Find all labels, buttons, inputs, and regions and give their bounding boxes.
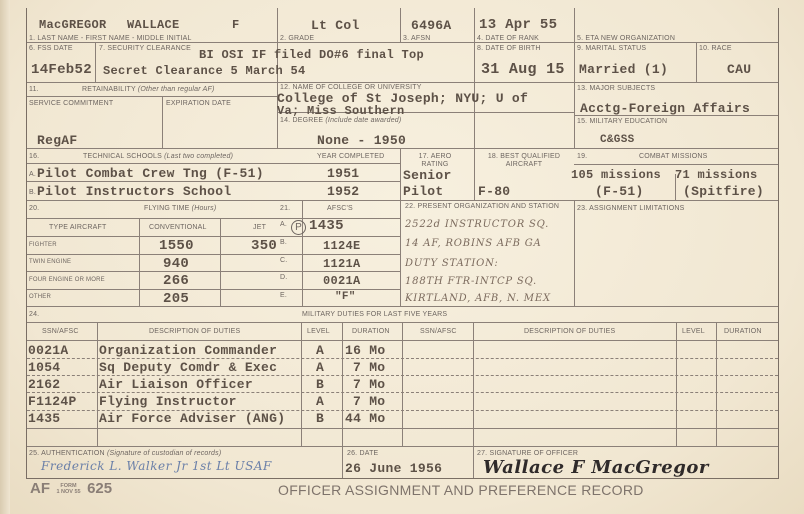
label-combat-missions-num: 19. — [577, 153, 587, 160]
duty-description: Organization Commander — [99, 343, 277, 358]
label-authentication: 25. AUTHENTICATION (Signature of custodi… — [29, 450, 221, 457]
best-qualified-aircraft: F-80 — [478, 184, 510, 199]
aircraft-type: TWIN ENGINE — [29, 259, 71, 265]
marital-status: Married (1) — [579, 62, 668, 77]
race: CAU — [727, 62, 751, 77]
label-afscs-num: 21. — [280, 205, 290, 212]
tech-school-name: Pilot Combat Crew Tng (F-51) — [37, 166, 264, 181]
af-form-625: MacGREGOR WALLACE F 1. LAST NAME - FIRST… — [26, 8, 779, 479]
first-name: WALLACE — [127, 18, 180, 32]
aero-rating-line2: Pilot — [403, 184, 444, 199]
col-ssn-afsc: SSN/AFSC — [420, 328, 457, 335]
duty-description: Sq Deputy Comdr & Exec — [99, 360, 277, 375]
label-college: 12. NAME OF COLLEGE OR UNIVERSITY — [280, 84, 422, 91]
col-duration: DURATION — [724, 328, 762, 335]
duty-level: A — [316, 394, 324, 409]
afsc-letter: E. — [280, 292, 287, 299]
col-ssn-afsc: SSN/AFSC — [42, 328, 79, 335]
afsn: 6496A — [411, 18, 452, 33]
label-officer-signature: 27. SIGNATURE OF OFFICER — [477, 450, 578, 457]
tech-school-name: Pilot Instructors School — [37, 184, 231, 199]
label-service-commitment: SERVICE COMMITMENT — [29, 100, 113, 107]
custodian-signature: Frederick L. Walker Jr 1st Lt USAF — [41, 459, 272, 473]
authentication-date: 26 June 1956 — [345, 461, 442, 476]
retainability-value: RegAF — [37, 133, 78, 148]
duty-level: A — [316, 360, 324, 375]
aero-rating-line1: Senior — [403, 168, 452, 183]
duty-afsc: 0021A — [28, 343, 69, 358]
duty-afsc: 1054 — [28, 360, 60, 375]
aircraft-type: OTHER — [29, 294, 51, 300]
major-subjects: Acctg-Foreign Affairs — [580, 101, 750, 116]
aircraft-type: FIGHTER — [29, 242, 57, 248]
label-assignment-limitations: 23. ASSIGNMENT LIMITATIONS — [577, 205, 685, 212]
label-afscs: AFSC'S — [327, 205, 353, 212]
label-military-education: 15. MILITARY EDUCATION — [577, 118, 667, 125]
military-education: C&GSS — [600, 134, 635, 146]
form-prefix: AF — [30, 480, 50, 497]
label-retainability: RETAINABILITY (Other than regular AF) — [82, 86, 215, 93]
conventional-hours: 205 — [163, 291, 189, 307]
afsc-code: "F" — [335, 291, 356, 303]
conventional-hours: 266 — [163, 273, 189, 289]
label-marital-status: 9. MARITAL STATUS — [577, 45, 646, 52]
label-year-completed: YEAR COMPLETED — [317, 153, 384, 160]
security-clearance-line1: BI OSI IF filed DO#6 final Top — [199, 48, 424, 62]
duty-duration: 44 Mo — [345, 411, 386, 426]
label-duties-num: 24. — [29, 311, 39, 318]
label-date-of-birth: 8. DATE OF BIRTH — [477, 45, 541, 52]
organization-line-3: DUTY STATION: — [405, 258, 499, 269]
date-of-birth: 31 Aug 15 — [481, 61, 565, 78]
col-level: LEVEL — [307, 328, 330, 335]
afsc-code: 1435 — [309, 218, 344, 234]
duty-level: B — [316, 411, 324, 426]
col-level: LEVEL — [682, 328, 705, 335]
afsc-letter: A. — [280, 221, 287, 228]
label-best-aircraft: 18. BEST QUALIFIED AIRCRAFT — [479, 153, 569, 169]
label-degree: 14. DEGREE (Include date awarded) — [280, 117, 401, 124]
last-name: MacGREGOR — [39, 18, 107, 32]
duty-afsc: 2162 — [28, 377, 60, 392]
combat-missions-b-line2: (Spitfire) — [683, 184, 764, 199]
security-clearance-line2: Secret Clearance 5 March 54 — [103, 64, 306, 78]
col-description: DESCRIPTION OF DUTIES — [149, 328, 240, 335]
label-afsn: 3. AFSN — [403, 35, 430, 42]
aircraft-type: FOUR ENGINE OR MORE — [29, 277, 105, 283]
duty-duration: 7 Mo — [353, 360, 385, 375]
tech-school-year: 1952 — [327, 184, 359, 199]
label-date-of-rank: 4. DATE OF RANK — [477, 35, 539, 42]
label-eta: 5. ETA NEW ORGANIZATION — [577, 35, 675, 42]
form-card: MacGREGOR WALLACE F 1. LAST NAME - FIRST… — [0, 0, 804, 514]
jet-hours: 350 — [251, 238, 277, 254]
conventional-hours: 940 — [163, 256, 189, 272]
afsc-code: 0021A — [323, 274, 361, 288]
label-major-subjects: 13. MAJOR SUBJECTS — [577, 85, 655, 92]
label-duties: MILITARY DUTIES FOR LAST FIVE YEARS — [302, 311, 447, 318]
grade: Lt Col — [311, 18, 360, 33]
card-edge — [0, 0, 10, 514]
afsc-code: 1121A — [323, 257, 361, 271]
label-tech-schools-num: 16. — [29, 153, 39, 160]
conventional-hours: 1550 — [159, 238, 194, 254]
combat-missions-b-line1: 71 missions — [675, 168, 758, 182]
form-number: 625 — [87, 480, 112, 497]
label-combat-missions: COMBAT MISSIONS — [639, 153, 707, 160]
duty-duration: 7 Mo — [353, 377, 385, 392]
duty-level: A — [316, 343, 324, 358]
label-security-clearance: 7. SECURITY CLEARANCE — [99, 45, 191, 52]
tech-school-letter: B. — [29, 189, 36, 196]
duty-duration: 16 Mo — [345, 343, 386, 358]
officer-signature: Wallace F MacGregor — [483, 457, 709, 478]
combat-missions-a-line2: (F-51) — [595, 184, 644, 199]
label-present-organization: 22. PRESENT ORGANIZATION AND STATION — [405, 203, 570, 210]
label-name: 1. LAST NAME - FIRST NAME - MIDDLE INITI… — [29, 35, 192, 42]
college-line2: Va; Miss Southern — [277, 104, 405, 118]
date-of-rank: 13 Apr 55 — [479, 17, 557, 33]
label-expiration-date: EXPIRATION DATE — [166, 100, 231, 107]
afsc-code: 1124E — [323, 239, 361, 253]
afsc-letter: B. — [280, 239, 287, 246]
duty-description: Air Force Adviser (ANG) — [99, 411, 285, 426]
col-duration: DURATION — [352, 328, 390, 335]
organization-line-2: 14 AF, ROBINS AFB GA — [405, 238, 542, 249]
col-jet: JET — [253, 224, 266, 231]
afsc-letter: C. — [280, 257, 287, 264]
label-retainability-num: 11. — [29, 86, 39, 93]
label-aero-rating: 17. AERO RATING — [405, 153, 465, 169]
duty-description: Flying Instructor — [99, 394, 237, 409]
middle-initial: F — [232, 18, 240, 32]
tech-school-year: 1951 — [327, 166, 359, 181]
form-title: OFFICER ASSIGNMENT AND PREFERENCE RECORD — [278, 482, 644, 498]
label-flying-time: FLYING TIME (Hours) — [144, 205, 216, 212]
label-fss-date: 6. FSS DATE — [29, 45, 73, 52]
label-grade: 2. GRADE — [280, 35, 314, 42]
col-description: DESCRIPTION OF DUTIES — [524, 328, 615, 335]
duty-afsc: 1435 — [28, 411, 60, 426]
duty-level: B — [316, 377, 324, 392]
pilot-circle-icon: P — [291, 220, 306, 235]
label-flying-time-num: 20. — [29, 205, 39, 212]
label-tech-schools: TECHNICAL SCHOOLS (Last two completed) — [83, 153, 233, 160]
col-conventional: CONVENTIONAL — [149, 224, 207, 231]
fss-date: 14Feb52 — [31, 62, 92, 78]
organization-line-5: KIRTLAND, AFB, N. MEX — [405, 293, 551, 304]
label-race: 10. RACE — [699, 45, 732, 52]
duty-description: Air Liaison Officer — [99, 377, 253, 392]
afsc-letter: D. — [280, 274, 287, 281]
tech-school-letter: A. — [29, 171, 36, 178]
degree: None - 1950 — [317, 133, 406, 148]
organization-line-1: 2522d INSTRUCTOR SQ. — [405, 219, 549, 230]
duty-afsc: F1124P — [28, 394, 77, 409]
col-type-aircraft: TYPE AIRCRAFT — [49, 224, 106, 231]
form-word: FORM — [56, 483, 80, 489]
duty-duration: 7 Mo — [353, 394, 385, 409]
organization-line-4: 188TH FTR-INTCP SQ. — [405, 276, 537, 287]
label-date: 26. DATE — [347, 450, 378, 457]
form-edition: 1 NOV 55 — [56, 489, 80, 495]
combat-missions-a-line1: 105 missions — [571, 168, 661, 182]
form-identifier: AF FORM 1 NOV 55 625 — [30, 480, 112, 498]
